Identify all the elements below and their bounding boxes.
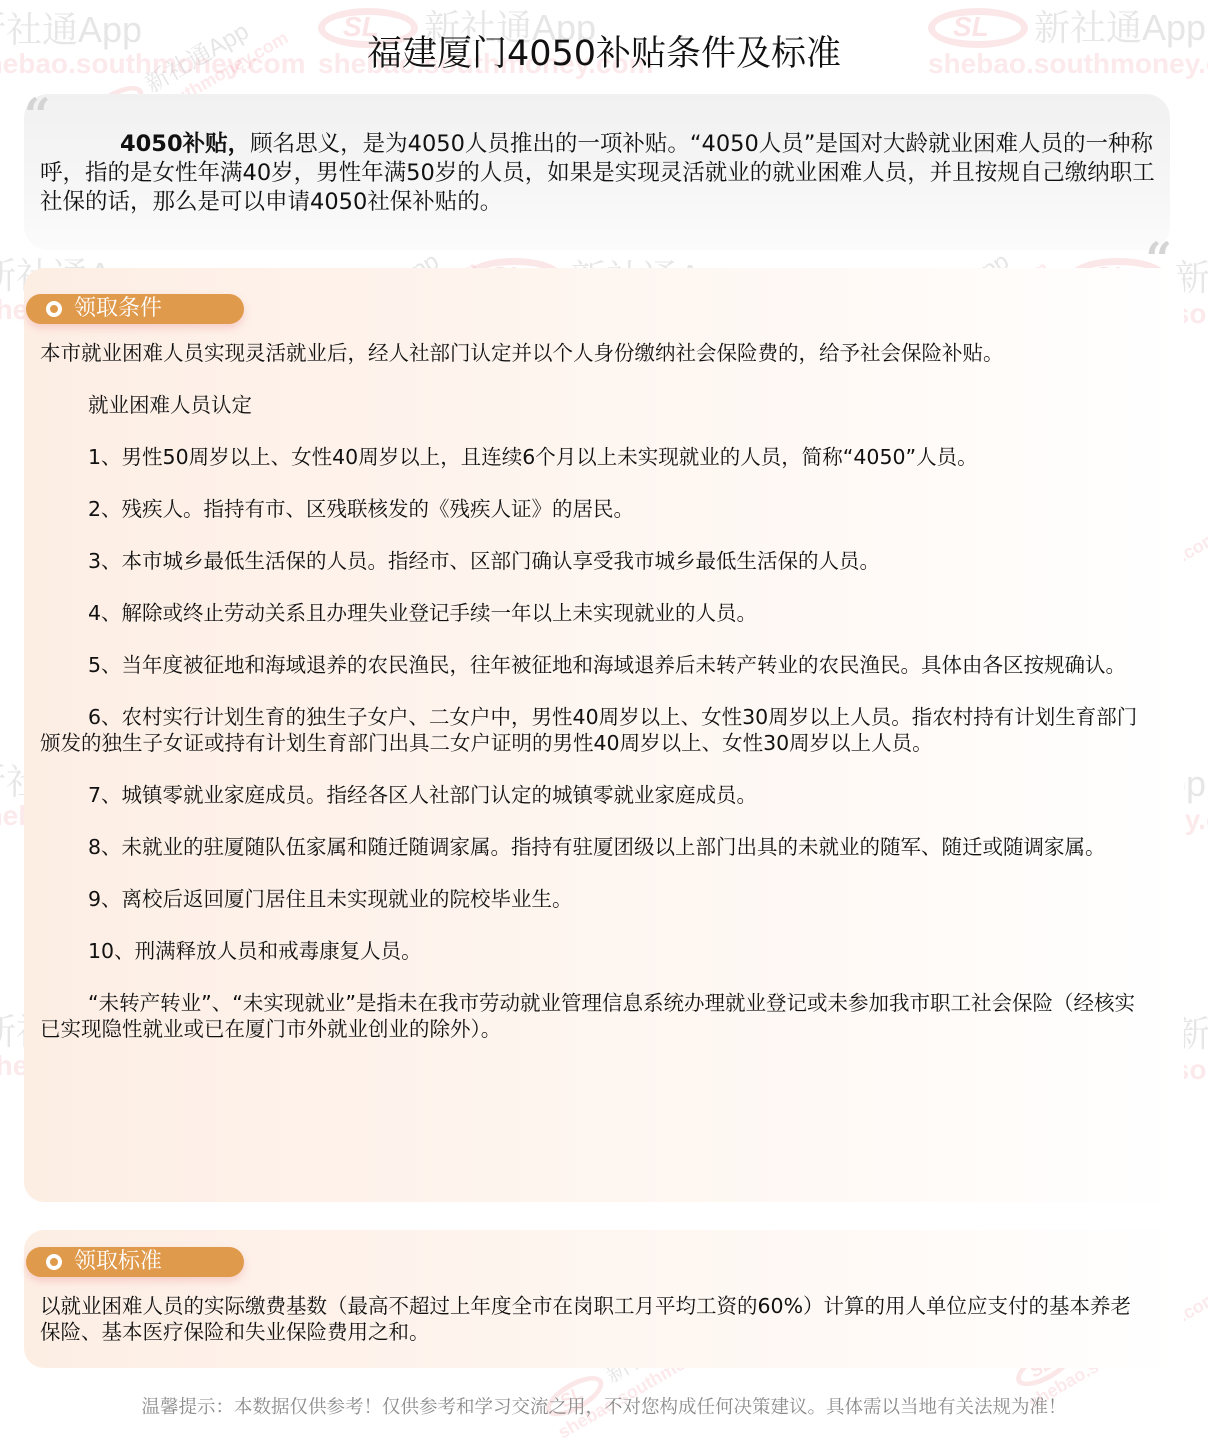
conditions-paragraph: 本市就业困难人员实现灵活就业后，经人社部门认定并以个人身份缴纳社会保险费的，给予…: [40, 340, 1140, 366]
condition-item: 6、农村实行计划生育的独生子女户、二女户中，男性40周岁以上、女性30周岁以上人…: [40, 704, 1140, 756]
conditions-note: “未转产转业”、“未实现就业”是指未在我市劳动就业管理信息系统办理就业登记或未参…: [40, 990, 1140, 1042]
intro-card: “ 4050补贴，顾名思义，是为4050人员推出的一项补贴。“4050人员”是国…: [24, 94, 1170, 250]
condition-item: 2、残疾人。指持有市、区残联核发的《残疾人证》的居民。: [40, 496, 1140, 522]
condition-item: 7、城镇零就业家庭成员。指经各区人社部门认定的城镇零就业家庭成员。: [40, 782, 1140, 808]
page-title: 福建厦门4050补贴条件及标准: [0, 26, 1208, 76]
standard-section: 领取标准 以就业困难人员的实际缴费基数（最高不超过上年度全市在岗职工月平均工资的…: [24, 1230, 1184, 1368]
condition-item: 8、未就业的驻厦随队伍家属和随迁随调家属。指持有驻厦团级以上部门出具的未就业的随…: [40, 834, 1140, 860]
condition-item: 1、男性50周岁以上、女性40周岁以上，且连续6个月以上未实现就业的人员，简称“…: [40, 444, 1140, 470]
ring-icon: [46, 1254, 62, 1270]
condition-item: 9、离校后返回厦门居住且未实现就业的院校毕业生。: [40, 886, 1140, 912]
conditions-heading: 领取条件: [26, 294, 244, 324]
standard-heading-label: 领取标准: [74, 1249, 162, 1274]
condition-item: 10、刑满释放人员和戒毒康复人员。: [40, 938, 1140, 964]
conditions-body: 本市就业困难人员实现灵活就业后，经人社部门认定并以个人身份缴纳社会保险费的，给予…: [40, 340, 1140, 1042]
standard-paragraph: 以就业困难人员的实际缴费基数（最高不超过上年度全市在岗职工月平均工资的60%）计…: [40, 1293, 1140, 1345]
conditions-subheading: 就业困难人员认定: [40, 392, 1140, 418]
standard-body: 以就业困难人员的实际缴费基数（最高不超过上年度全市在岗职工月平均工资的60%）计…: [40, 1293, 1140, 1345]
conditions-section: 领取条件 本市就业困难人员实现灵活就业后，经人社部门认定并以个人身份缴纳社会保险…: [24, 268, 1184, 1202]
condition-item: 4、解除或终止劳动关系且办理失业登记手续一年以上未实现就业的人员。: [40, 600, 1140, 626]
footer-notice: 温馨提示：本数据仅供参考！仅供参考和学习交流之用，不对您构成任何决策建议。具体需…: [0, 1393, 1208, 1419]
condition-item: 3、本市城乡最低生活保的人员。指经市、区部门确认享受我市城乡最低生活保的人员。: [40, 548, 1140, 574]
standard-heading: 领取标准: [26, 1247, 244, 1277]
condition-item: 5、当年度被征地和海域退养的农民渔民，往年被征地和海域退养后未转产转业的农民渔民…: [40, 652, 1140, 678]
intro-lead: 4050补贴，: [120, 131, 250, 157]
ring-icon: [46, 301, 62, 317]
intro-text: 4050补贴，顾名思义，是为4050人员推出的一项补贴。“4050人员”是国对大…: [40, 130, 1155, 217]
conditions-heading-label: 领取条件: [74, 296, 162, 321]
